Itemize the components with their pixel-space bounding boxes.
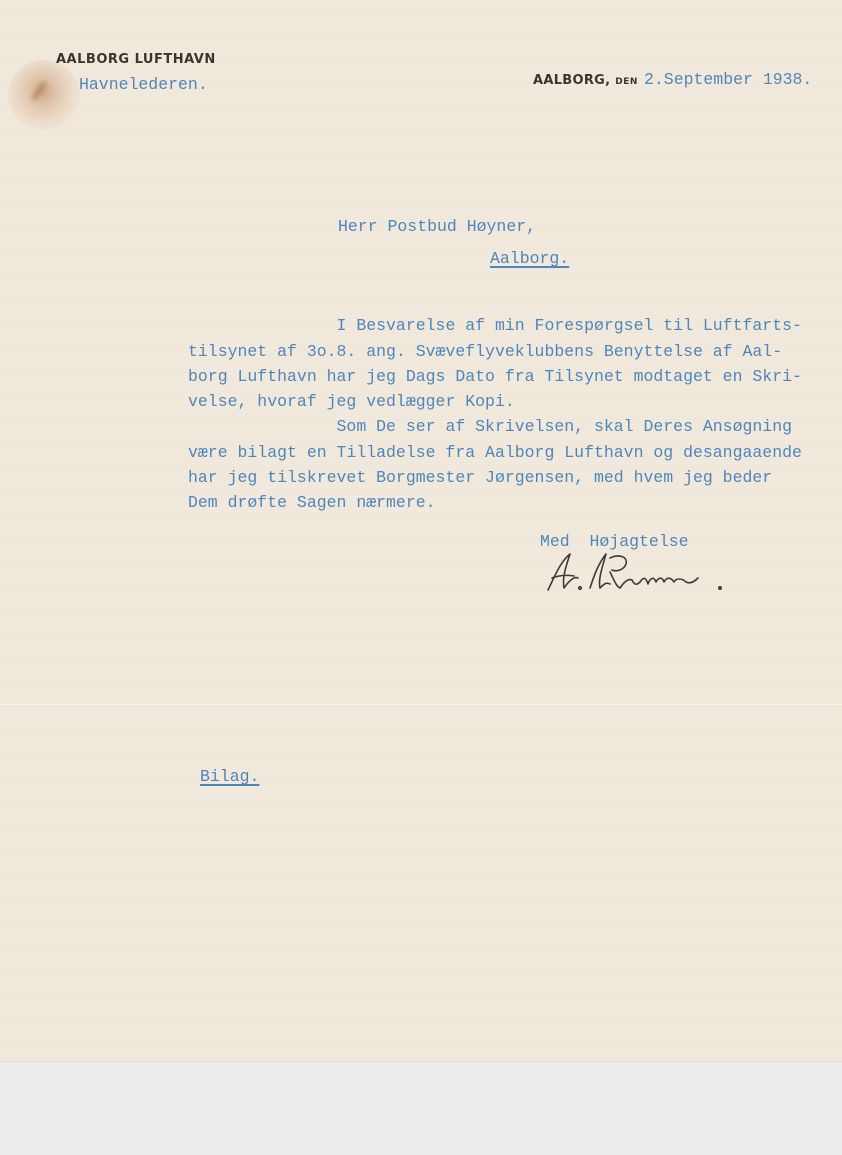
body-line: borg Lufthavn har jeg Dags Dato fra Tils… [188,367,802,386]
body-line: velse, hvoraf jeg vedlægger Kopi. [188,392,515,411]
handwritten-signature-icon [540,548,740,596]
dateline-place: AALBORG, DEN [533,73,638,88]
body-line: Som De ser af Skrivelsen, skal Deres Ans… [188,417,792,436]
body-line: være bilagt en Tilladelse fra Aalborg Lu… [188,443,802,462]
body-line: I Besvarelse af min Forespørgsel til Luf… [188,316,802,335]
letterhead-department: Havnelederen. [79,75,208,94]
dateline-city: AALBORG, [533,73,610,88]
body-line: tilsynet af 3o.8. ang. Svæveflyveklubben… [188,342,782,361]
dateline-date: 2.September 1938. [644,70,812,89]
attachment-label: Bilag. [200,767,259,786]
body-line: har jeg tilskrevet Borgmester Jørgensen,… [188,468,772,487]
scanner-background [0,1062,842,1155]
letter-paper: AALBORG LUFTHAVN Havnelederen. AALBORG, … [0,0,842,1062]
recipient-name: Herr Postbud Høyner, [338,217,536,236]
rust-stain [8,60,80,130]
recipient-city: Aalborg. [490,249,569,268]
dateline-den-label: DEN [615,77,638,87]
paper-fold-line [0,704,842,706]
body-line: Dem drøfte Sagen nærmere. [188,493,436,512]
letterhead-organization: AALBORG LUFTHAVN [56,52,216,67]
